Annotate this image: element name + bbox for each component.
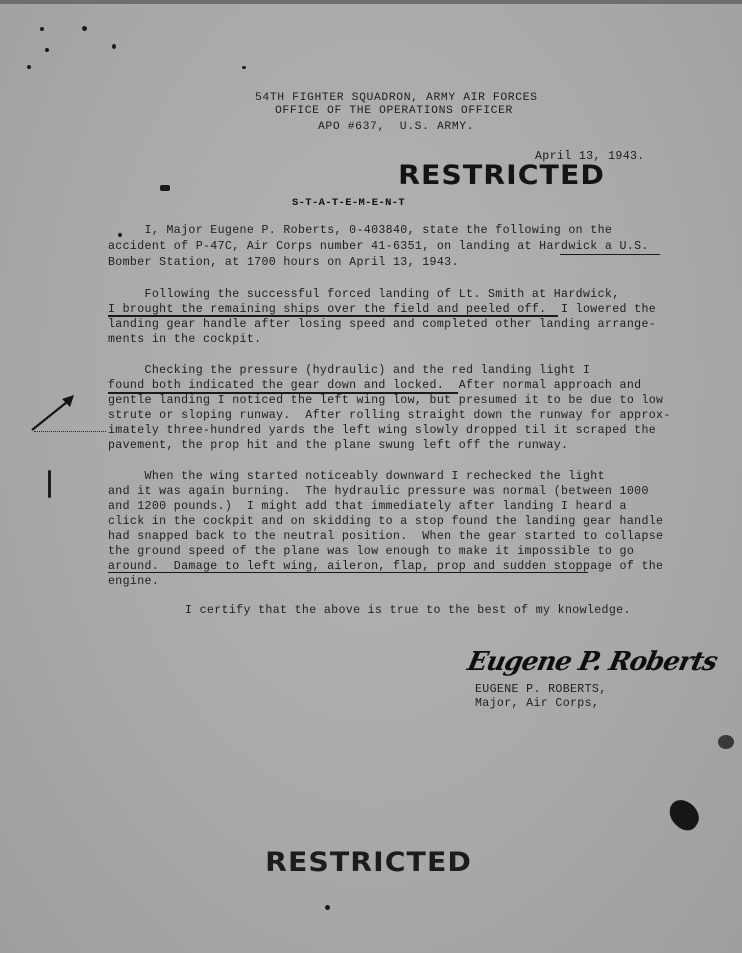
certification-statement: I certify that the above is true to the …	[185, 604, 631, 618]
scan-speck	[48, 470, 51, 498]
paragraph-line: engine.	[108, 575, 159, 589]
scan-speck	[242, 66, 246, 69]
paragraph-line: landing gear handle after losing speed a…	[108, 318, 656, 332]
scan-speck	[112, 44, 116, 49]
paragraph-line: ments in the cockpit.	[108, 333, 261, 347]
header-office: OFFICE OF THE OPERATIONS OFFICER	[275, 104, 513, 118]
paragraph-line: and 1200 pounds.) I might add that immed…	[108, 500, 627, 514]
paragraph-line: pavement, the prop hit and the plane swu…	[108, 439, 568, 453]
restricted-stamp-bottom: RESTRICTED	[265, 847, 472, 878]
document-title: S-T-A-T-E-M-E-N-T	[292, 196, 405, 210]
scan-speck	[160, 185, 170, 191]
paragraph-line: accident of P-47C, Air Corps number 41-6…	[108, 240, 649, 254]
scan-speck	[325, 905, 330, 910]
paragraph-line: Bomber Station, at 1700 hours on April 1…	[108, 256, 459, 270]
paragraph-line: gentle landing I noticed the left wing l…	[108, 394, 663, 408]
handwritten-underline	[108, 392, 458, 394]
scan-speck	[45, 48, 49, 52]
scan-edge	[0, 0, 742, 4]
restricted-stamp-top: RESTRICTED	[398, 160, 605, 191]
signatory-name: EUGENE P. ROBERTS,	[475, 683, 607, 697]
scan-speck	[27, 65, 31, 69]
scanned-document-page: 54TH FIGHTER SQUADRON, ARMY AIR FORCES O…	[0, 0, 742, 953]
handwritten-underline	[560, 254, 660, 255]
paragraph-line: I, Major Eugene P. Roberts, 0-403840, st…	[108, 224, 612, 238]
scan-speck	[82, 26, 87, 31]
paragraph-line: found both indicated the gear down and l…	[108, 379, 641, 393]
margin-dotted-line	[34, 431, 106, 432]
handwritten-underline	[108, 572, 588, 573]
paragraph-line: When the wing started noticeably downwar…	[108, 470, 605, 484]
header-unit: 54TH FIGHTER SQUADRON, ARMY AIR FORCES	[255, 91, 538, 105]
paragraph-line: Checking the pressure (hydraulic) and th…	[108, 364, 590, 378]
margin-arrow-icon	[28, 392, 78, 432]
signatory-rank: Major, Air Corps,	[475, 697, 599, 711]
paragraph-line: had snapped back to the neutral position…	[108, 530, 663, 544]
paragraph-line: imately three-hundred yards the left win…	[108, 424, 656, 438]
paragraph-line: the ground speed of the plane was low en…	[108, 545, 634, 559]
paragraph-line: strute or sloping runway. After rolling …	[108, 409, 671, 423]
handwritten-underline	[108, 315, 558, 317]
paragraph-line: Following the successful forced landing …	[108, 288, 620, 302]
ink-blot	[663, 795, 704, 835]
handwritten-signature: Eugene P. Roberts	[465, 647, 720, 677]
scan-speck	[118, 233, 122, 237]
paragraph-line: click in the cockpit and on skidding to …	[108, 515, 663, 529]
header-apo: APO #637, U.S. ARMY.	[318, 120, 474, 134]
scan-speck	[40, 27, 44, 31]
scan-speck	[718, 735, 734, 749]
paragraph-line: and it was again burning. The hydraulic …	[108, 485, 649, 499]
